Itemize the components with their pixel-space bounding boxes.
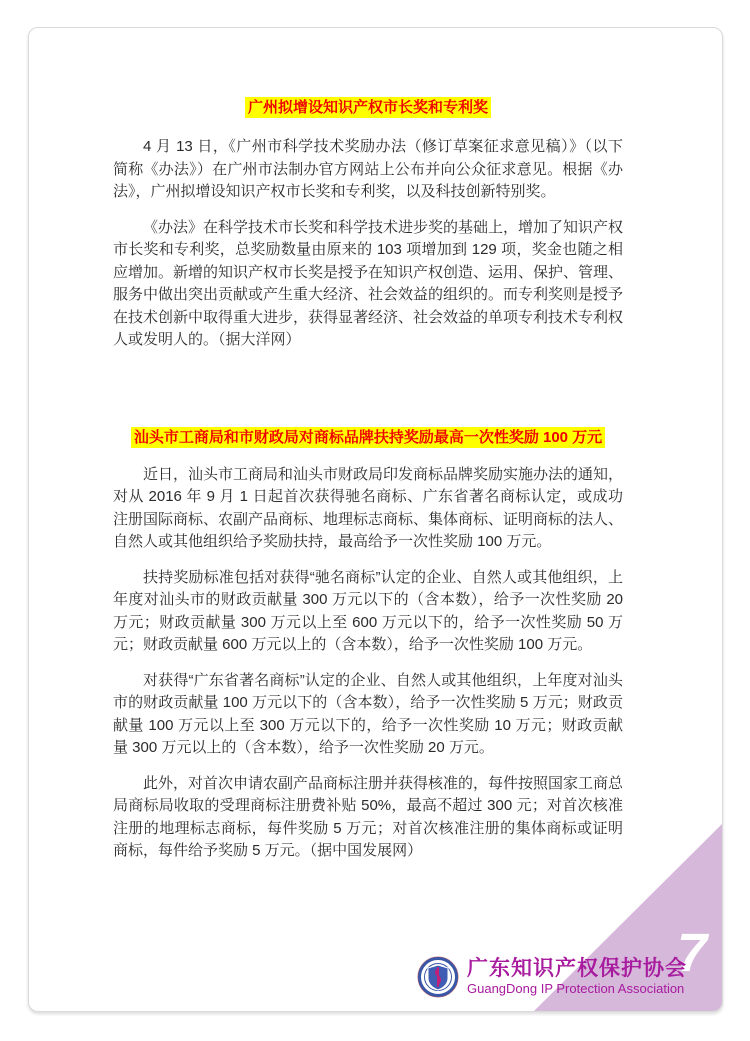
article-2-title-text: 汕头市工商局和市财政局对商标品牌扶持奖励最高一次性奖励 100 万元 [131,427,605,448]
footer-organization-names: 广东知识产权保护协会 GuangDong IP Protection Assoc… [467,957,687,997]
screenshot-canvas: 广州拟增设知识产权市长奖和专利奖 4 月 13 日，《广州市科学技术奖励办法（修… [0,0,750,1041]
page-content: 广州拟增设知识产权市长奖和专利奖 4 月 13 日，《广州市科学技术奖励办法（修… [29,28,722,863]
article-2-paragraph-4: 此外，对首次申请农副产品商标注册并获得核准的，每件按照国家工商总局商标局收取的受… [113,773,623,863]
article-1-title: 广州拟增设知识产权市长奖和专利奖 [113,96,623,120]
article-2-paragraph-2: 扶持奖励标准包括对获得“驰名商标”认定的企业、自然人或其他组织，上年度对汕头市的… [113,567,623,657]
article-1-title-text: 广州拟增设知识产权市长奖和专利奖 [245,97,491,118]
article-1-paragraph-2: 《办法》在科学技术市长奖和科学技术进步奖的基础上，增加了知识产权市长奖和专利奖，… [113,217,623,352]
document-page: 广州拟增设知识产权市长奖和专利奖 4 月 13 日，《广州市科学技术奖励办法（修… [28,27,723,1012]
article-1-paragraph-1: 4 月 13 日，《广州市科学技术奖励办法（修订草案征求意见稿）》（以下简称《办… [113,136,623,204]
gdipa-badge-logo-icon [417,956,459,998]
organization-name-cn: 广东知识产权保护协会 [467,957,687,981]
article-2-paragraph-3: 对获得“广东省著名商标”认定的企业、自然人或其他组织，上年度对汕头市的财政贡献量… [113,670,623,760]
footer-brand: 广东知识产权保护协会 GuangDong IP Protection Assoc… [417,956,687,998]
organization-name-en: GuangDong IP Protection Association [467,981,687,997]
article-2-paragraph-1: 近日，汕头市工商局和汕头市财政局印发商标品牌奖励实施办法的通知，对从 2016 … [113,464,623,554]
article-2-title: 汕头市工商局和市财政局对商标品牌扶持奖励最高一次性奖励 100 万元 [113,426,623,450]
